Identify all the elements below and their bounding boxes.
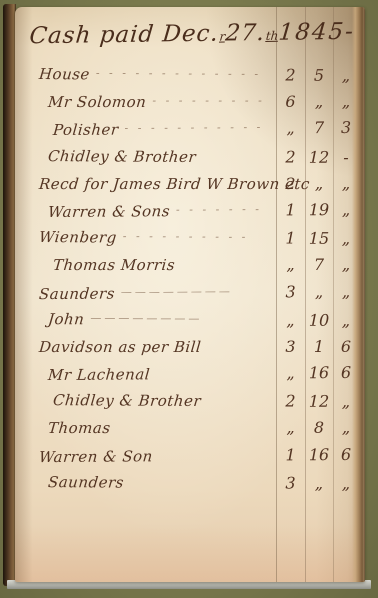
amount-pounds: 3 (276, 278, 305, 305)
amount-shillings: 12 (305, 143, 333, 170)
entry-filler (130, 484, 268, 485)
entry-filler: - - - - - - - - - - - - - - (96, 59, 268, 87)
amount-pence: „ (333, 388, 359, 415)
entry-filler (156, 376, 268, 377)
amount-shillings: 10 (305, 306, 333, 333)
amount-pence: „ (333, 251, 359, 278)
title-day: 27. (224, 20, 266, 47)
entry-name: John (37, 306, 86, 333)
ledger-row: Chidley & Brother 2 12 „ (29, 386, 359, 415)
entry-filler (159, 457, 268, 458)
amount-pence: - (333, 143, 359, 170)
entry-name: Polisher (42, 117, 120, 145)
entry-filler: - - - - - - - - - (176, 195, 268, 223)
amount-shillings: 16 (305, 441, 333, 468)
ledger-row: Chidley & Brother 2 12 - (29, 142, 359, 171)
ledger-row: House- - - - - - - - - - - - - - 2 5 „ (29, 60, 359, 89)
ledger-row: Davidson as per Bill 3 1 6 (29, 333, 359, 360)
ledger-page: Cash paid Dec.r 27.th 1845- House- - - -… (15, 7, 365, 582)
ledger-row: John———————— „ 10 „ (29, 305, 359, 334)
ledger-row: Mr Solomon- - - - - - - - - - - 6 „ „ (29, 88, 359, 115)
photo-background: Cash paid Dec.r 27.th 1845- House- - - -… (0, 0, 378, 598)
entry-name: Recd for James Bird W Brown etc (28, 171, 263, 198)
entry-name: House (28, 61, 91, 89)
ledger-row: Saunders———————— 3 „ „ (29, 277, 359, 306)
amount-pence: 6 (333, 440, 359, 467)
title-year: 1845- (277, 19, 356, 46)
entry-filler: - - - - - - - - - - - - (124, 114, 268, 142)
entry-filler: - - - - - - - - - - - (152, 87, 268, 114)
amount-shillings: 8 (305, 414, 333, 441)
amount-pounds: 1 (276, 441, 305, 468)
entry-filler: - - - - - - - - - - (123, 223, 268, 251)
ledger-row: Wienberg- - - - - - - - - - 1 15 „ (29, 223, 359, 252)
entry-name: Mr Solomon (37, 89, 148, 116)
amount-shillings: 7 (305, 114, 333, 141)
entry-name: Saunders (37, 469, 125, 497)
amount-shillings: 16 (305, 359, 333, 386)
entry-name: Thomas Morris (42, 252, 176, 279)
amount-pounds: „ (276, 115, 305, 142)
amount-pence: 6 (333, 333, 359, 360)
amount-shillings: 1 (305, 333, 333, 360)
amount-pounds: 2 (276, 143, 305, 170)
ledger-row: Saunders 3 „ „ (29, 468, 359, 497)
amount-pence: „ (333, 170, 359, 197)
amount-pounds: „ (276, 251, 305, 278)
amount-pounds: 3 (276, 469, 305, 496)
amount-pence: „ (333, 196, 359, 223)
amount-pence: 3 (333, 114, 359, 141)
ledger-row: Mr Lachenal „ 16 6 (29, 359, 359, 388)
amount-pounds: 1 (276, 225, 305, 252)
amount-pounds: 2 (276, 62, 305, 89)
amount-pence: „ (333, 470, 359, 497)
amount-shillings: „ (305, 88, 333, 115)
entry-filler: ———————— (90, 304, 268, 332)
amount-pounds: 1 (276, 196, 305, 223)
entry-name: Thomas (37, 415, 112, 442)
ledger-row: Polisher- - - - - - - - - - - - „ 7 3 (29, 114, 359, 143)
amount-shillings: 15 (305, 225, 333, 252)
amount-pounds: „ (276, 359, 305, 386)
entry-filler: ———————— (121, 277, 268, 305)
amount-shillings: 19 (305, 196, 333, 223)
amount-pounds: 2 (276, 388, 305, 415)
amount-shillings: 12 (305, 388, 333, 415)
amount-pounds: „ (276, 306, 305, 333)
amount-shillings: 5 (305, 62, 333, 89)
ledger-row: Thomas „ 8 „ (29, 414, 359, 441)
amount-pence: „ (333, 225, 359, 252)
entry-name: Chidley & Brother (42, 387, 203, 415)
amount-pence: „ (333, 307, 359, 334)
ledger-row: Recd for James Bird W Brown etc 2 „ „ (29, 170, 359, 197)
entry-name: Chidley & Brother (37, 143, 198, 171)
entry-name: Warren & Son (28, 443, 154, 471)
ledger-row: Warren & Sons- - - - - - - - - 1 19 „ (29, 196, 359, 225)
amount-pounds: „ (276, 414, 305, 441)
amount-pounds: 6 (276, 88, 305, 115)
title-main: Cash paid Dec. (28, 21, 220, 50)
amount-pence: „ (333, 414, 359, 441)
amount-pence: „ (333, 88, 359, 115)
entry-name: Wienberg (28, 224, 118, 252)
amount-pence: „ (333, 277, 359, 304)
ledger-row: Warren & Son 1 16 6 (29, 440, 359, 469)
ledger-row: Thomas Morris „ 7 „ (29, 251, 359, 278)
entry-name: Davidson as per Bill (28, 334, 203, 361)
amount-pence: „ (333, 62, 359, 89)
ledger-title: Cash paid Dec.r 27.th 1845- (27, 19, 356, 60)
ledger-rows: House- - - - - - - - - - - - - - 2 5 „ M… (29, 61, 359, 496)
amount-shillings: 7 (305, 251, 333, 278)
amount-shillings: „ (305, 469, 333, 496)
amount-pounds: 3 (276, 333, 305, 360)
amount-shillings: „ (305, 278, 333, 305)
amount-pence: 6 (333, 359, 359, 386)
